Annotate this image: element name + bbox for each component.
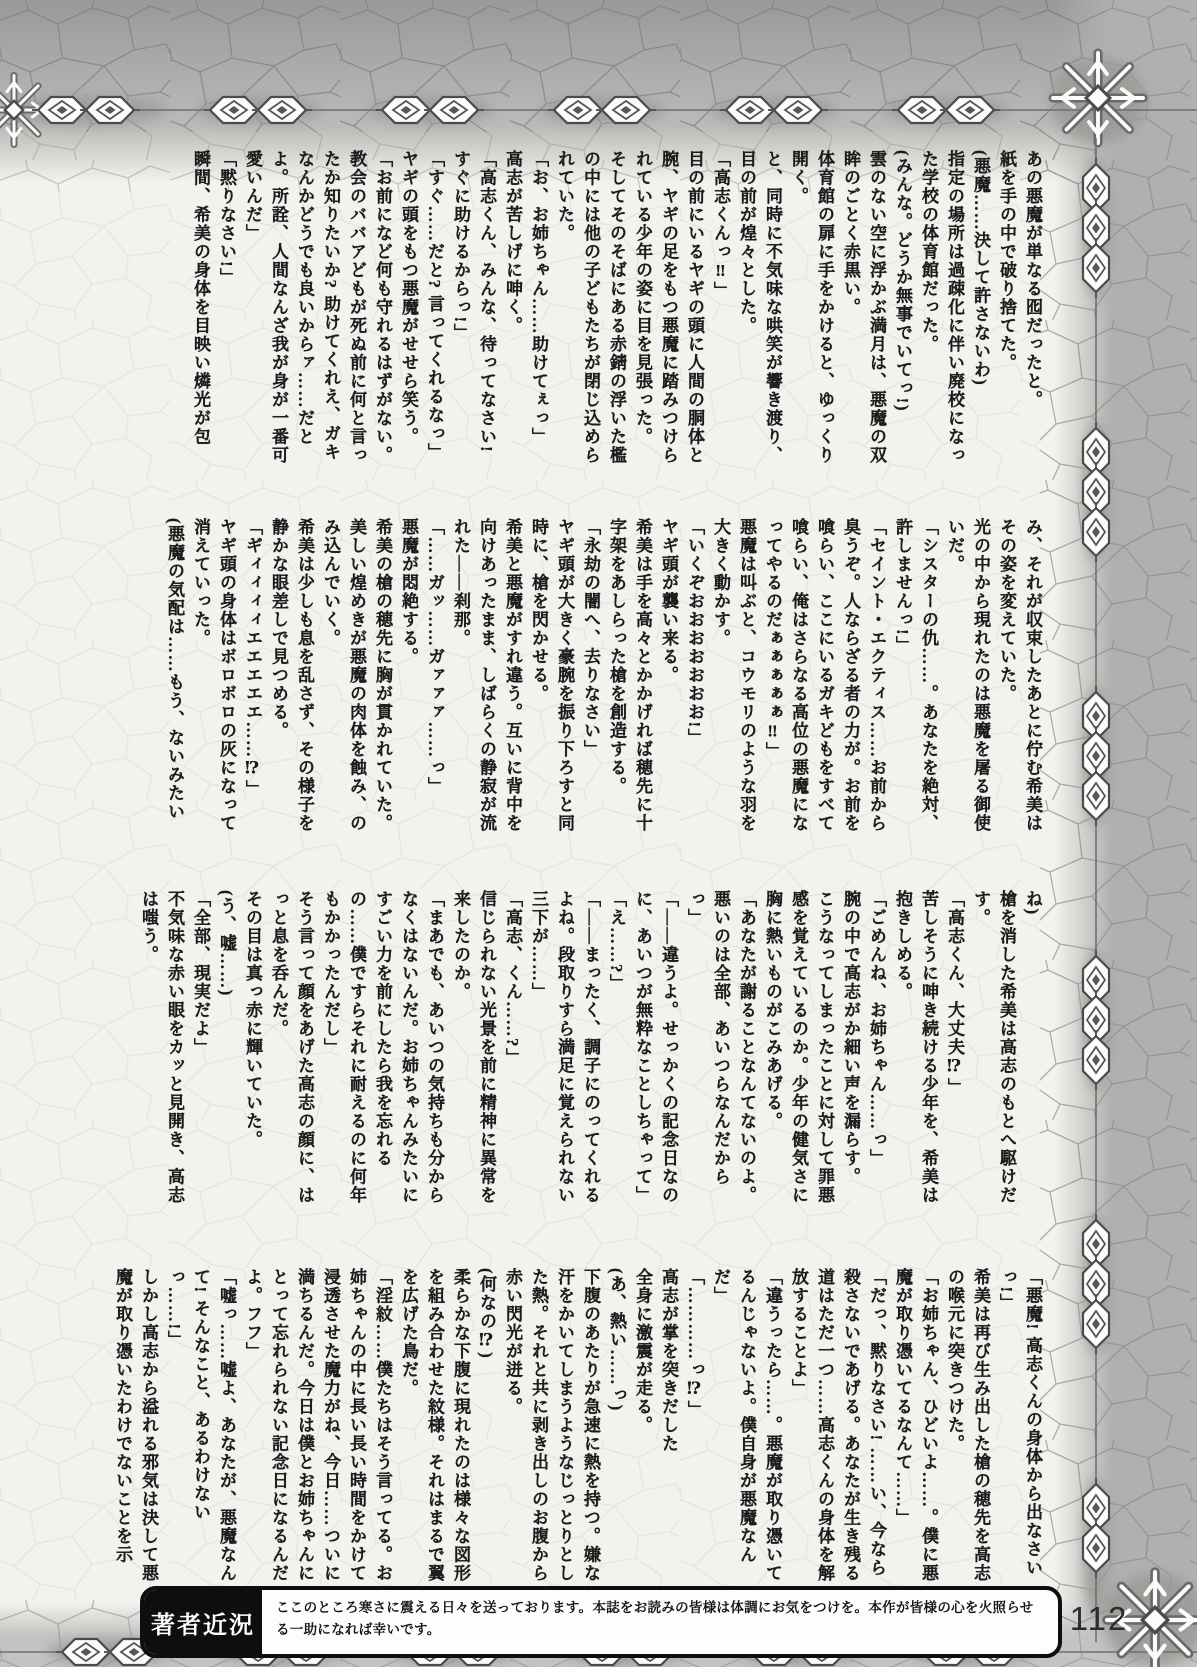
paragraph: 「淫紋……僕たちはそう言ってる。お姉ちゃんの中に長い長い時間をかけて浸透させた魔… xyxy=(239,1268,395,1588)
paragraph: 「お、お姉ちゃん……助けてぇっ」 xyxy=(525,150,551,470)
author-note-label: 著者近況 xyxy=(144,1590,262,1654)
novel-text-band-2: み、それが収束したあとに佇む希美はその姿を変えていた。光の中から現れたのは悪魔を… xyxy=(105,518,1045,838)
paragraph: 槍を消した希美は高志のもとへ駆けだす。 xyxy=(967,890,1019,1210)
scanned-novel-page: あの悪魔が単なる囮だったと。紙を手の中で破り捨てた。(悪魔……決して許さないわ)… xyxy=(0,0,1197,1667)
paragraph: その目は真っ赤に輝いていた。 xyxy=(239,890,265,1210)
novel-text-band-3: ね)槍を消した希美は高志のもとへ駆けだす。「高志くん、大丈夫⁉」苦しそうに呻き続… xyxy=(105,890,1045,1210)
paragraph: 「違うったら……。悪魔が取り憑いてるんじゃないよ。僕自身が悪魔なんだ」 xyxy=(707,1268,785,1588)
paragraph: 「……ガッ……ガァァァ……っ」 xyxy=(421,518,447,838)
paragraph: 希美の槍の穂先に胸が貫かれていた。 xyxy=(369,518,395,838)
paragraph: 「嘘っ……嘘よ、あなたが、悪魔なんて! そんなこと、あるわけないっ……!」 xyxy=(161,1268,239,1588)
paragraph: 「すぐ……だと? 言ってくれるなっ」 xyxy=(421,150,447,470)
page-number: 112 xyxy=(1064,1600,1134,1638)
paragraph: 「――違うよ。せっかくの記念日なのに、あいつが無粋なことしちゃって」 xyxy=(629,890,681,1210)
paragraph: 「え……?」 xyxy=(603,890,629,1210)
novel-text-band-4: 「悪魔! 高志くんの身体から出なさいっ!」希美は再び生み出した槍の穂先を高志の喉… xyxy=(105,1268,1045,1588)
paragraph: 「黙りなさい!」 xyxy=(213,150,239,470)
paragraph: 希美は手を高々とかかげれば穂先に十字架をあしらった槍を創造する。 xyxy=(603,518,655,838)
paragraph: 「永劫の闇へ、去りなさい」 xyxy=(577,518,603,838)
paragraph: 「いくぞおおおおおおお!」 xyxy=(681,518,707,838)
paragraph: 下腹のあたりが急速に熱を持つ。嫌な汗をかいてしまうようなじっとりとした熱。それと… xyxy=(499,1268,603,1588)
paragraph: 「だっ、黙りなさい! ……い、今なら殺さないであげる。あなたが生き残る道はただ一… xyxy=(785,1268,889,1588)
paragraph: 「高志くんっ‼」 xyxy=(707,150,733,470)
paragraph: 雲のない空に浮かぶ満月は、悪魔の双眸のごとく赤黒い。 xyxy=(837,150,889,470)
paragraph: (悪魔の気配は……もう、ないみたい xyxy=(161,518,187,838)
paragraph: 全身に激震が走る。 xyxy=(629,1268,655,1588)
paragraph: 「悪魔! 高志くんの身体から出なさいっ!」 xyxy=(993,1268,1045,1588)
paragraph: (悪魔……決して許さないわ) xyxy=(967,150,993,470)
paragraph: 「高志、くん……?」 xyxy=(499,890,525,1210)
paragraph: 美しい煌めきが悪魔の肉体を蝕み、のみ込んでいく。 xyxy=(317,518,369,838)
paragraph: 「ギィィィィエエエエエ……⁉」 xyxy=(239,518,265,838)
top-ornament-border xyxy=(0,76,1197,145)
paragraph: 「全部、現実だよ」 xyxy=(187,890,213,1210)
paragraph: 「シスターの仇……。あなたを絶対、許しませんっ!」 xyxy=(889,518,941,838)
paragraph: 希美は少しも息を乱さず、その様子を静かな眼差しで見つめる。 xyxy=(265,518,317,838)
paragraph: そう言って顔をあげた高志の顔に、はっと息を呑んだ。 xyxy=(265,890,317,1210)
paragraph: (何なの⁉) xyxy=(473,1268,499,1588)
paragraph: 「あなたが謝ることなんてないのよ。悪いのは全部、あいつらなんだからっ」 xyxy=(681,890,759,1210)
paragraph: 「…………っ⁉」 xyxy=(681,1268,707,1588)
paragraph: あの悪魔が単なる囮だったと。 xyxy=(1019,150,1045,470)
paragraph: 「高志くん、大丈夫⁉」 xyxy=(941,890,967,1210)
paragraph: 希美と悪魔がすれ違う。互いに背中を向けあったまま、しばらくの静寂が流れた――刹那… xyxy=(447,518,525,838)
paragraph: 高志が苦しげに呻く。 xyxy=(499,150,525,470)
paragraph: 体育館の扉に手をかけると、ゆっくり開く。 xyxy=(785,150,837,470)
paragraph: み、それが収束したあとに佇む希美はその姿を変えていた。 xyxy=(993,518,1045,838)
paragraph: しかし高志から溢れる邪気は決して悪魔が取り憑いたわけでないことを示 xyxy=(109,1268,161,1588)
paragraph: 不気味な赤い眼をカッと見開き、高志は嗤う。 xyxy=(135,890,187,1210)
paragraph: 「――まったく、調子にのってくれるよね。段取りすら満足に覚えられない三下が……」 xyxy=(525,890,603,1210)
paragraph: 苦しそうに呻き続ける少年を、希美は抱きしめる。 xyxy=(889,890,941,1210)
author-note-box: 著者近況 ここのところ寒さに震える日々を送っております。本誌をお読みの皆様は体調… xyxy=(140,1586,1062,1658)
paragraph: 「お前になど何も守れるはずがない。教会のババアどもが死ぬ前に何と言ったか知りたい… xyxy=(239,150,395,470)
paragraph: 目の前にいるヤギの頭に人間の胴体と腕、ヤギの足をもつ悪魔に踏みつけられている少年… xyxy=(629,150,707,470)
paragraph: 「セイント・エクティス……お前から臭うぞ。人ならざる者の力が。お前を喰らい、ここ… xyxy=(759,518,889,838)
paragraph: 腕の中で高志がか細い声を漏らす。 xyxy=(837,890,863,1210)
right-ornament-border xyxy=(1083,138,1109,1642)
paragraph: そしてそのそばにある赤錆の浮いた檻の中には他の子どもたちが閉じ込められていた。 xyxy=(551,150,629,470)
paragraph: と、同時に不気味な哄笑が響き渡り、目の前が煌々とした。 xyxy=(733,150,785,470)
paragraph: 悪魔が悶絶する。 xyxy=(395,518,421,838)
paragraph: ね) xyxy=(1019,890,1045,1210)
paragraph: 柔らかな下腹に現れたのは様々な図形を組み合わせた紋様。それはまるで翼を広げた鳥だ… xyxy=(395,1268,473,1588)
paragraph: ヤギの頭をもつ悪魔がせせら笑う。 xyxy=(395,150,421,470)
paragraph: ヤギ頭が大きく豪腕を振り下ろすと同時に、槍を閃かせる。 xyxy=(525,518,577,838)
paragraph: 光の中から現れたのは悪魔を屠る御使いだ。 xyxy=(941,518,993,838)
paragraph: 希美は再び生み出した槍の穂先を高志の喉元に突きつけた。 xyxy=(941,1268,993,1588)
novel-text-band-1: あの悪魔が単なる囮だったと。紙を手の中で破り捨てた。(悪魔……決して許さないわ)… xyxy=(105,150,1045,470)
paragraph: こうなってしまったことに対して罪悪感を覚えているのか。少年の健気さに胸に熱いもの… xyxy=(759,890,837,1210)
paragraph: 紙を手の中で破り捨てた。 xyxy=(993,150,1019,470)
paragraph: 「高志くん、みんな、待ってなさい!すぐに助けるからっ!」 xyxy=(447,150,499,470)
paragraph: (みんな。どうか無事でいてっ!) xyxy=(889,150,915,470)
author-note-text: ここのところ寒さに震える日々を送っております。本誌をお読みの皆様は体調にお気をつ… xyxy=(262,1590,1058,1654)
paragraph: (あ、熱い……っ) xyxy=(603,1268,629,1588)
paragraph: 高志が掌を突きだした xyxy=(655,1268,681,1588)
paragraph: (う、嘘……) xyxy=(213,890,239,1210)
paragraph: 「まあでも、あいつの気持ちも分からなくはないんだ。お姉ちゃんみたいにすごい力を前… xyxy=(317,890,447,1210)
paragraph: ヤギ頭の身体はボロボロの灰になって消えていった。 xyxy=(187,518,239,838)
corner-snowflake-ornament xyxy=(1053,53,1143,143)
paragraph: 「お姉ちゃん、ひどいよ……。僕に悪魔が取り憑いてるなんて……」 xyxy=(889,1268,941,1588)
paragraph: 指定の場所は過疎化に伴い廃校になった学校の体育館だった。 xyxy=(915,150,967,470)
paragraph: 信じられない光景を前に精神に異常を来したのか。 xyxy=(447,890,499,1210)
paragraph: 瞬間、希美の身体を目映い燐光が包 xyxy=(187,150,213,470)
paragraph: 悪魔は叫ぶと、コウモリのような羽を大きく動かす。 xyxy=(707,518,759,838)
paragraph: 「ごめんね、お姉ちゃん……っ」 xyxy=(863,890,889,1210)
paragraph: ヤギ頭が襲い来る。 xyxy=(655,518,681,838)
